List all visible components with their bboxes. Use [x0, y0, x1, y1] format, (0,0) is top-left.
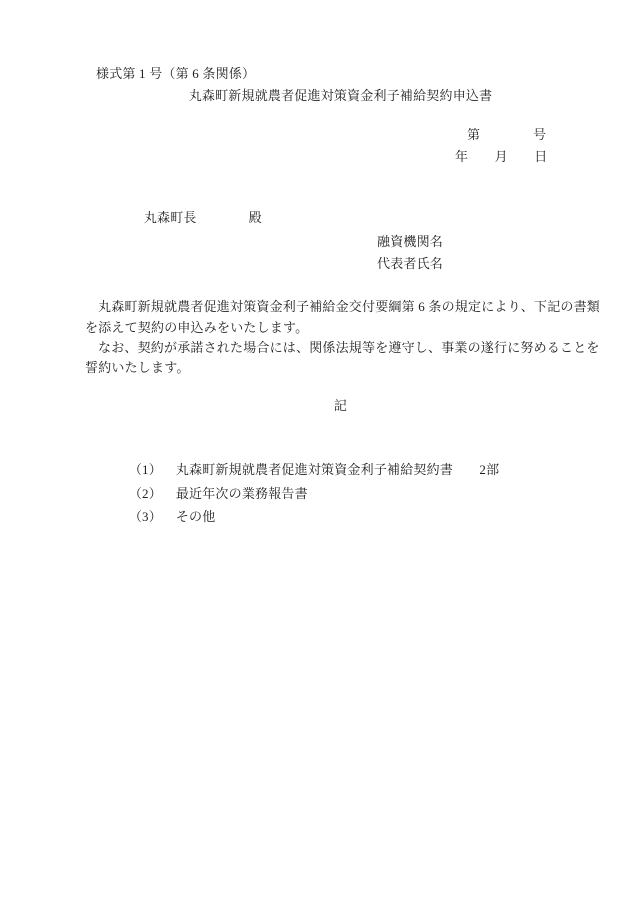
attachment-3-text: その他	[176, 509, 216, 524]
body-paragraph1-line2: を添えて契約の申込みをいたします。	[85, 318, 308, 338]
date-line: 年 月 日	[455, 147, 547, 167]
body-paragraph2-line1: なお、契約が承諾された場合には、関係法規等を遵守し、事業の遂行に努めることを	[85, 338, 600, 358]
note-marker: 記	[85, 396, 596, 416]
form-number-label: 様式第 1 号（第 6 条関係）	[96, 64, 255, 84]
attachment-3-number: （3）	[129, 507, 176, 527]
representative-name-label: 代表者氏名	[377, 254, 443, 274]
addressee-name: 丸森町長	[144, 210, 197, 225]
body-paragraph1-line1: 丸森町新規就農者促進対策資金利子補給金交付要綱第 6 条の規定により、下記の書類	[85, 297, 600, 317]
attachment-item-3: （3）その他	[115, 487, 215, 547]
body-paragraph2-line2: 誓約いたします。	[85, 358, 190, 378]
addressee-honorific: 殿	[249, 210, 262, 225]
document-number-line: 第 号	[467, 125, 546, 145]
document-page: 様式第 1 号（第 6 条関係） 丸森町新規就農者促進対策資金利子補給契約申込書…	[0, 0, 630, 903]
addressee-line: 丸森町長殿	[130, 188, 262, 248]
document-title: 丸森町新規就農者促進対策資金利子補給契約申込書	[85, 86, 596, 106]
institution-name-label: 融資機関名	[377, 232, 443, 252]
